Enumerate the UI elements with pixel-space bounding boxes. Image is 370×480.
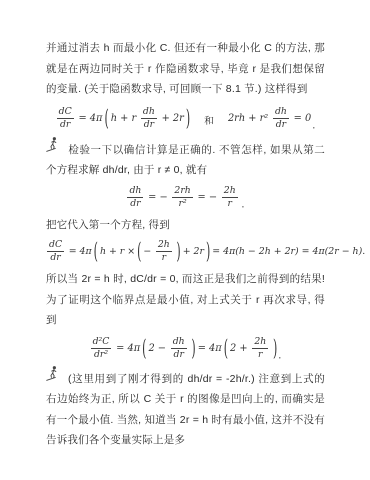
fraction-numerator: 2rh	[172, 186, 192, 198]
formula-second-derivative: d²Cdr² = 4π(2 − dhdr )= 4π(2 + 2hr ).	[46, 337, 325, 361]
paragraph-text: 所以当 2r = h 时, dC/dr = 0, 而这正是我们之前得到的结果! …	[46, 273, 325, 326]
fraction-2h-r: 2hr	[222, 186, 238, 209]
paragraph-check: 检验一下以确信计算是正确的. 不管怎样, 如果从第二个方程求解 dh/dr, 由…	[46, 140, 325, 181]
paren-close: )	[186, 105, 190, 132]
paren-open: (	[142, 335, 146, 362]
fraction-numerator: dC	[47, 240, 64, 252]
math-token: = 4π	[116, 343, 140, 354]
conjunction-he: 和	[204, 116, 214, 127]
paren-close: )	[206, 238, 210, 265]
math-token: 2 +	[230, 343, 248, 354]
formula-dh-dr-solution: dhdr = − 2rhr² = − 2hr .	[46, 186, 325, 210]
fraction-dh-dr: dhdr	[141, 107, 157, 130]
formula-first-derivative-pair: dCdr = 4π(h + r dhdr + 2r)和2rh + r² dhdr…	[46, 107, 325, 131]
period: .	[241, 199, 244, 210]
fraction-dh-dr: dhdr	[127, 186, 143, 209]
fraction-denominator: r²	[172, 198, 192, 209]
paragraph-text: 并通过消去 h 而最小化 C. 但还有一种最小化 C 的方法, 那就是在两边同时…	[46, 42, 325, 95]
paren-open: (	[137, 238, 141, 265]
math-token: h + r	[111, 113, 136, 124]
paragraph-text: (这里用到了刚才得到的 dh/dr = -2h/r.) 注意到上式的右边始终为正…	[46, 373, 325, 447]
fraction-numerator: dh	[127, 186, 143, 198]
fraction-denominator: dr	[141, 119, 157, 130]
fraction-denominator: dr	[273, 119, 289, 130]
falling-person-icon	[46, 136, 59, 153]
formula-substituted-derivative: dCdr = 4π(h + r ×(− 2hr )+ 2r)= 4π(h − 2…	[46, 240, 325, 263]
fraction-dC-dr: dCdr	[57, 107, 74, 130]
math-token: = −	[198, 192, 218, 203]
paragraph-intro: 并通过消去 h 而最小化 C. 但还有一种最小化 C 的方法, 那就是在两边同时…	[46, 38, 325, 100]
period: .	[312, 120, 315, 131]
fraction-denominator: dr	[127, 198, 143, 209]
falling-person-icon	[46, 365, 59, 382]
math-token: + 2r	[183, 246, 204, 257]
paragraph-critical-point: 所以当 2r = h 时, dC/dr = 0, 而这正是我们之前得到的结果! …	[46, 269, 325, 331]
math-token: = 4π	[69, 246, 92, 257]
math-token: = 4π	[78, 113, 102, 124]
paren-open: (	[224, 335, 228, 362]
fraction-2h-r: 2hr	[252, 337, 268, 360]
fraction-numerator: dh	[141, 107, 157, 119]
math-token: −	[143, 246, 151, 257]
fraction-2rh-r2: 2rhr²	[172, 186, 192, 209]
fraction-2h-r: 2hr	[156, 240, 172, 263]
fraction-denominator: dr	[47, 252, 64, 263]
fraction-denominator: dr	[57, 119, 74, 130]
fraction-denominator: r	[222, 198, 238, 209]
fraction-denominator: dr	[171, 349, 187, 360]
fraction-denominator: r	[156, 252, 172, 263]
fraction-dC-dr: dCdr	[47, 240, 64, 263]
paren-close: )	[191, 335, 195, 362]
math-token: 2 −	[148, 343, 166, 354]
fraction-numerator: dh	[273, 107, 289, 119]
math-token: + 2r	[162, 113, 184, 124]
math-token: h + r ×	[100, 246, 135, 257]
fraction-dh-dr: dhdr	[273, 107, 289, 130]
book-page: 并通过消去 h 而最小化 C. 但还有一种最小化 C 的方法, 那就是在两边同时…	[0, 0, 370, 480]
paren-open: (	[94, 238, 98, 265]
paragraph-text: 检验一下以确信计算是正确的. 不管怎样, 如果从第二个方程求解 dh/dr, 由…	[46, 144, 325, 177]
paren-open: (	[104, 105, 108, 132]
paragraph-text: 把它代入第一个方程, 得到	[46, 219, 170, 231]
fraction-numerator: 2h	[252, 337, 268, 349]
fraction-d2C-dr2: d²Cdr²	[91, 337, 112, 360]
paragraph-conclusion: (这里用到了刚才得到的 dh/dr = -2h/r.) 注意到上式的右边始终为正…	[46, 369, 325, 451]
math-token: = 0	[294, 113, 312, 124]
math-token: = 4π(h − 2h + 2r) = 4π(2r − h).	[212, 246, 365, 257]
paragraph-substitute: 把它代入第一个方程, 得到	[46, 215, 325, 236]
period: .	[278, 350, 281, 361]
fraction-numerator: dC	[57, 107, 74, 119]
paren-close: )	[176, 238, 180, 265]
fraction-dh-dr: dhdr	[171, 337, 187, 360]
fraction-numerator: 2h	[222, 186, 238, 198]
math-token: 2rh + r²	[228, 113, 268, 124]
math-token: = 4π	[198, 343, 222, 354]
fraction-denominator: dr²	[91, 349, 112, 360]
fraction-denominator: r	[252, 349, 268, 360]
math-token: = −	[148, 192, 168, 203]
paren-close: )	[273, 335, 277, 362]
fraction-numerator: d²C	[91, 337, 112, 349]
fraction-numerator: 2h	[156, 240, 172, 252]
fraction-numerator: dh	[171, 337, 187, 349]
